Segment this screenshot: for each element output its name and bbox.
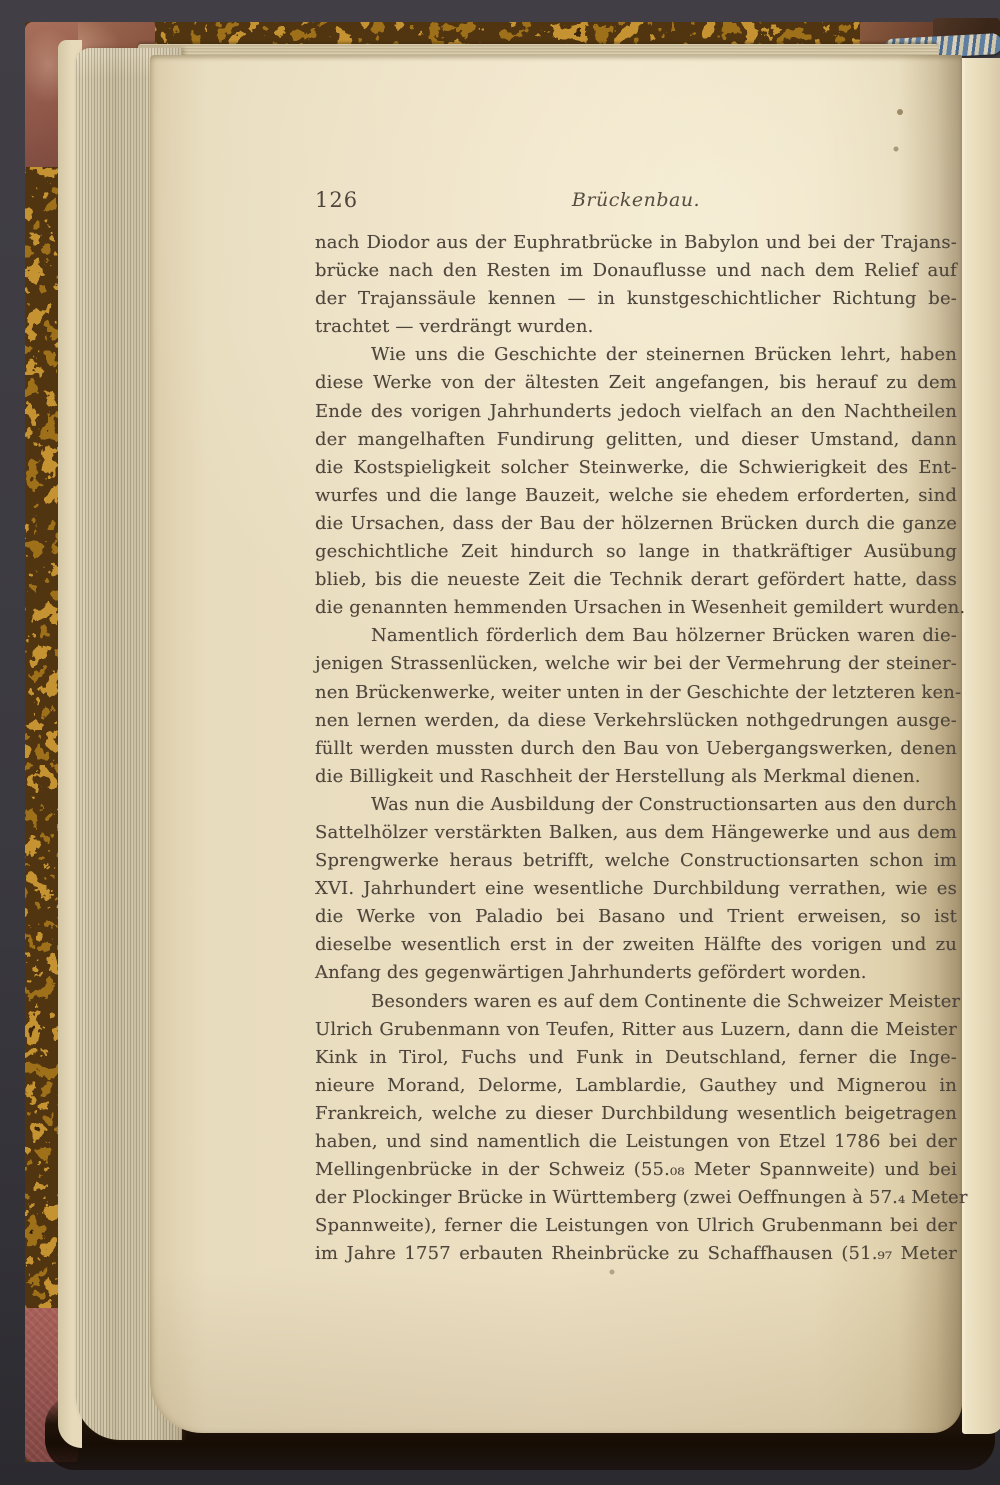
- text-line: Mellingenbrücke in der Schweiz (55.₀₈ Me…: [315, 1156, 957, 1184]
- text-line: Besonders waren es auf dem Continente di…: [315, 988, 957, 1016]
- text-line: nen Brückenwerke, weiter unten in der Ge…: [315, 679, 957, 707]
- text-line: XVI. Jahrhundert eine wesentliche Durchb…: [315, 875, 957, 903]
- page-header: 126 Brückenbau.: [315, 186, 957, 216]
- text-line: Frankreich, welche zu dieser Durchbildun…: [315, 1100, 957, 1128]
- page-specks: [150, 55, 154, 59]
- text-line: Ende des vorigen Jahrhunderts jedoch vie…: [315, 398, 957, 426]
- text-line: der Plockinger Brücke in Württemberg (zw…: [315, 1184, 957, 1212]
- text-line: füllt werden mussten durch den Bau von U…: [315, 735, 957, 763]
- scanned-book-photo: 126 Brückenbau. nach Diodor aus der Euph…: [0, 0, 1000, 1485]
- text-line: diese Werke von der ältesten Zeit angefa…: [315, 369, 957, 397]
- text-line: nen lernen werden, da diese Verkehrslück…: [315, 707, 957, 735]
- text-line: dieselbe wesentlich erst in der zweiten …: [315, 931, 957, 959]
- text-line: nieure Morand, Delorme, Lamblardie, Gaut…: [315, 1072, 957, 1100]
- text-line: Spannweite), ferner die Leistungen von U…: [315, 1212, 957, 1240]
- page-number: 126: [315, 188, 358, 212]
- text-line: Wie uns die Geschichte der steinernen Br…: [315, 341, 957, 369]
- text-line: Kink in Tirol, Fuchs und Funk in Deutsch…: [315, 1044, 957, 1072]
- text-line: geschichtliche Zeit hindurch so lange in…: [315, 538, 957, 566]
- text-line: Was nun die Ausbildung der Constructions…: [315, 791, 957, 819]
- text-line: Anfang des gegenwärtigen Jahrhunderts ge…: [315, 959, 957, 987]
- text-line: die Kostspieligkeit solcher Steinwerke, …: [315, 454, 957, 482]
- text-line: brücke nach den Resten im Donauflusse un…: [315, 257, 957, 285]
- text-line: Namentlich förderlich dem Bau hölzerner …: [315, 622, 957, 650]
- text-line: Ulrich Grubenmann von Teufen, Ritter aus…: [315, 1016, 957, 1044]
- text-block: 126 Brückenbau. nach Diodor aus der Euph…: [315, 186, 957, 1268]
- text-line: der Trajanssäule kennen — in kunstgeschi…: [315, 285, 957, 313]
- text-line: im Jahre 1757 erbauten Rheinbrücke zu Sc…: [315, 1240, 957, 1268]
- text-line: die Ursachen, dass der Bau der hölzernen…: [315, 510, 957, 538]
- text-line: die Billigkeit und Raschheit der Herstel…: [315, 763, 957, 791]
- running-header: Brückenbau.: [315, 186, 957, 211]
- body-text: nach Diodor aus der Euphratbrücke in Bab…: [315, 229, 957, 1268]
- text-line: nach Diodor aus der Euphratbrücke in Bab…: [315, 229, 957, 257]
- text-line: trachtet — verdrängt wurden.: [315, 313, 957, 341]
- text-line: haben, und sind namentlich die Leistunge…: [315, 1128, 957, 1156]
- text-line: Sattelhölzer verstärkten Balken, aus dem…: [315, 819, 957, 847]
- next-page-sliver: [962, 58, 1000, 1434]
- text-line: blieb, bis die neueste Zeit die Technik …: [315, 566, 957, 594]
- text-line: jenigen Strassenlücken, welche wir bei d…: [315, 650, 957, 678]
- text-line: die genannten hemmenden Ursachen in Wese…: [315, 594, 957, 622]
- text-line: der mangelhaften Fundirung gelitten, und…: [315, 426, 957, 454]
- text-line: Sprengwerke heraus betrifft, welche Cons…: [315, 847, 957, 875]
- text-line: die Werke von Paladio bei Basano und Tri…: [315, 903, 957, 931]
- text-line: wurfes und die lange Bauzeit, welche sie…: [315, 482, 957, 510]
